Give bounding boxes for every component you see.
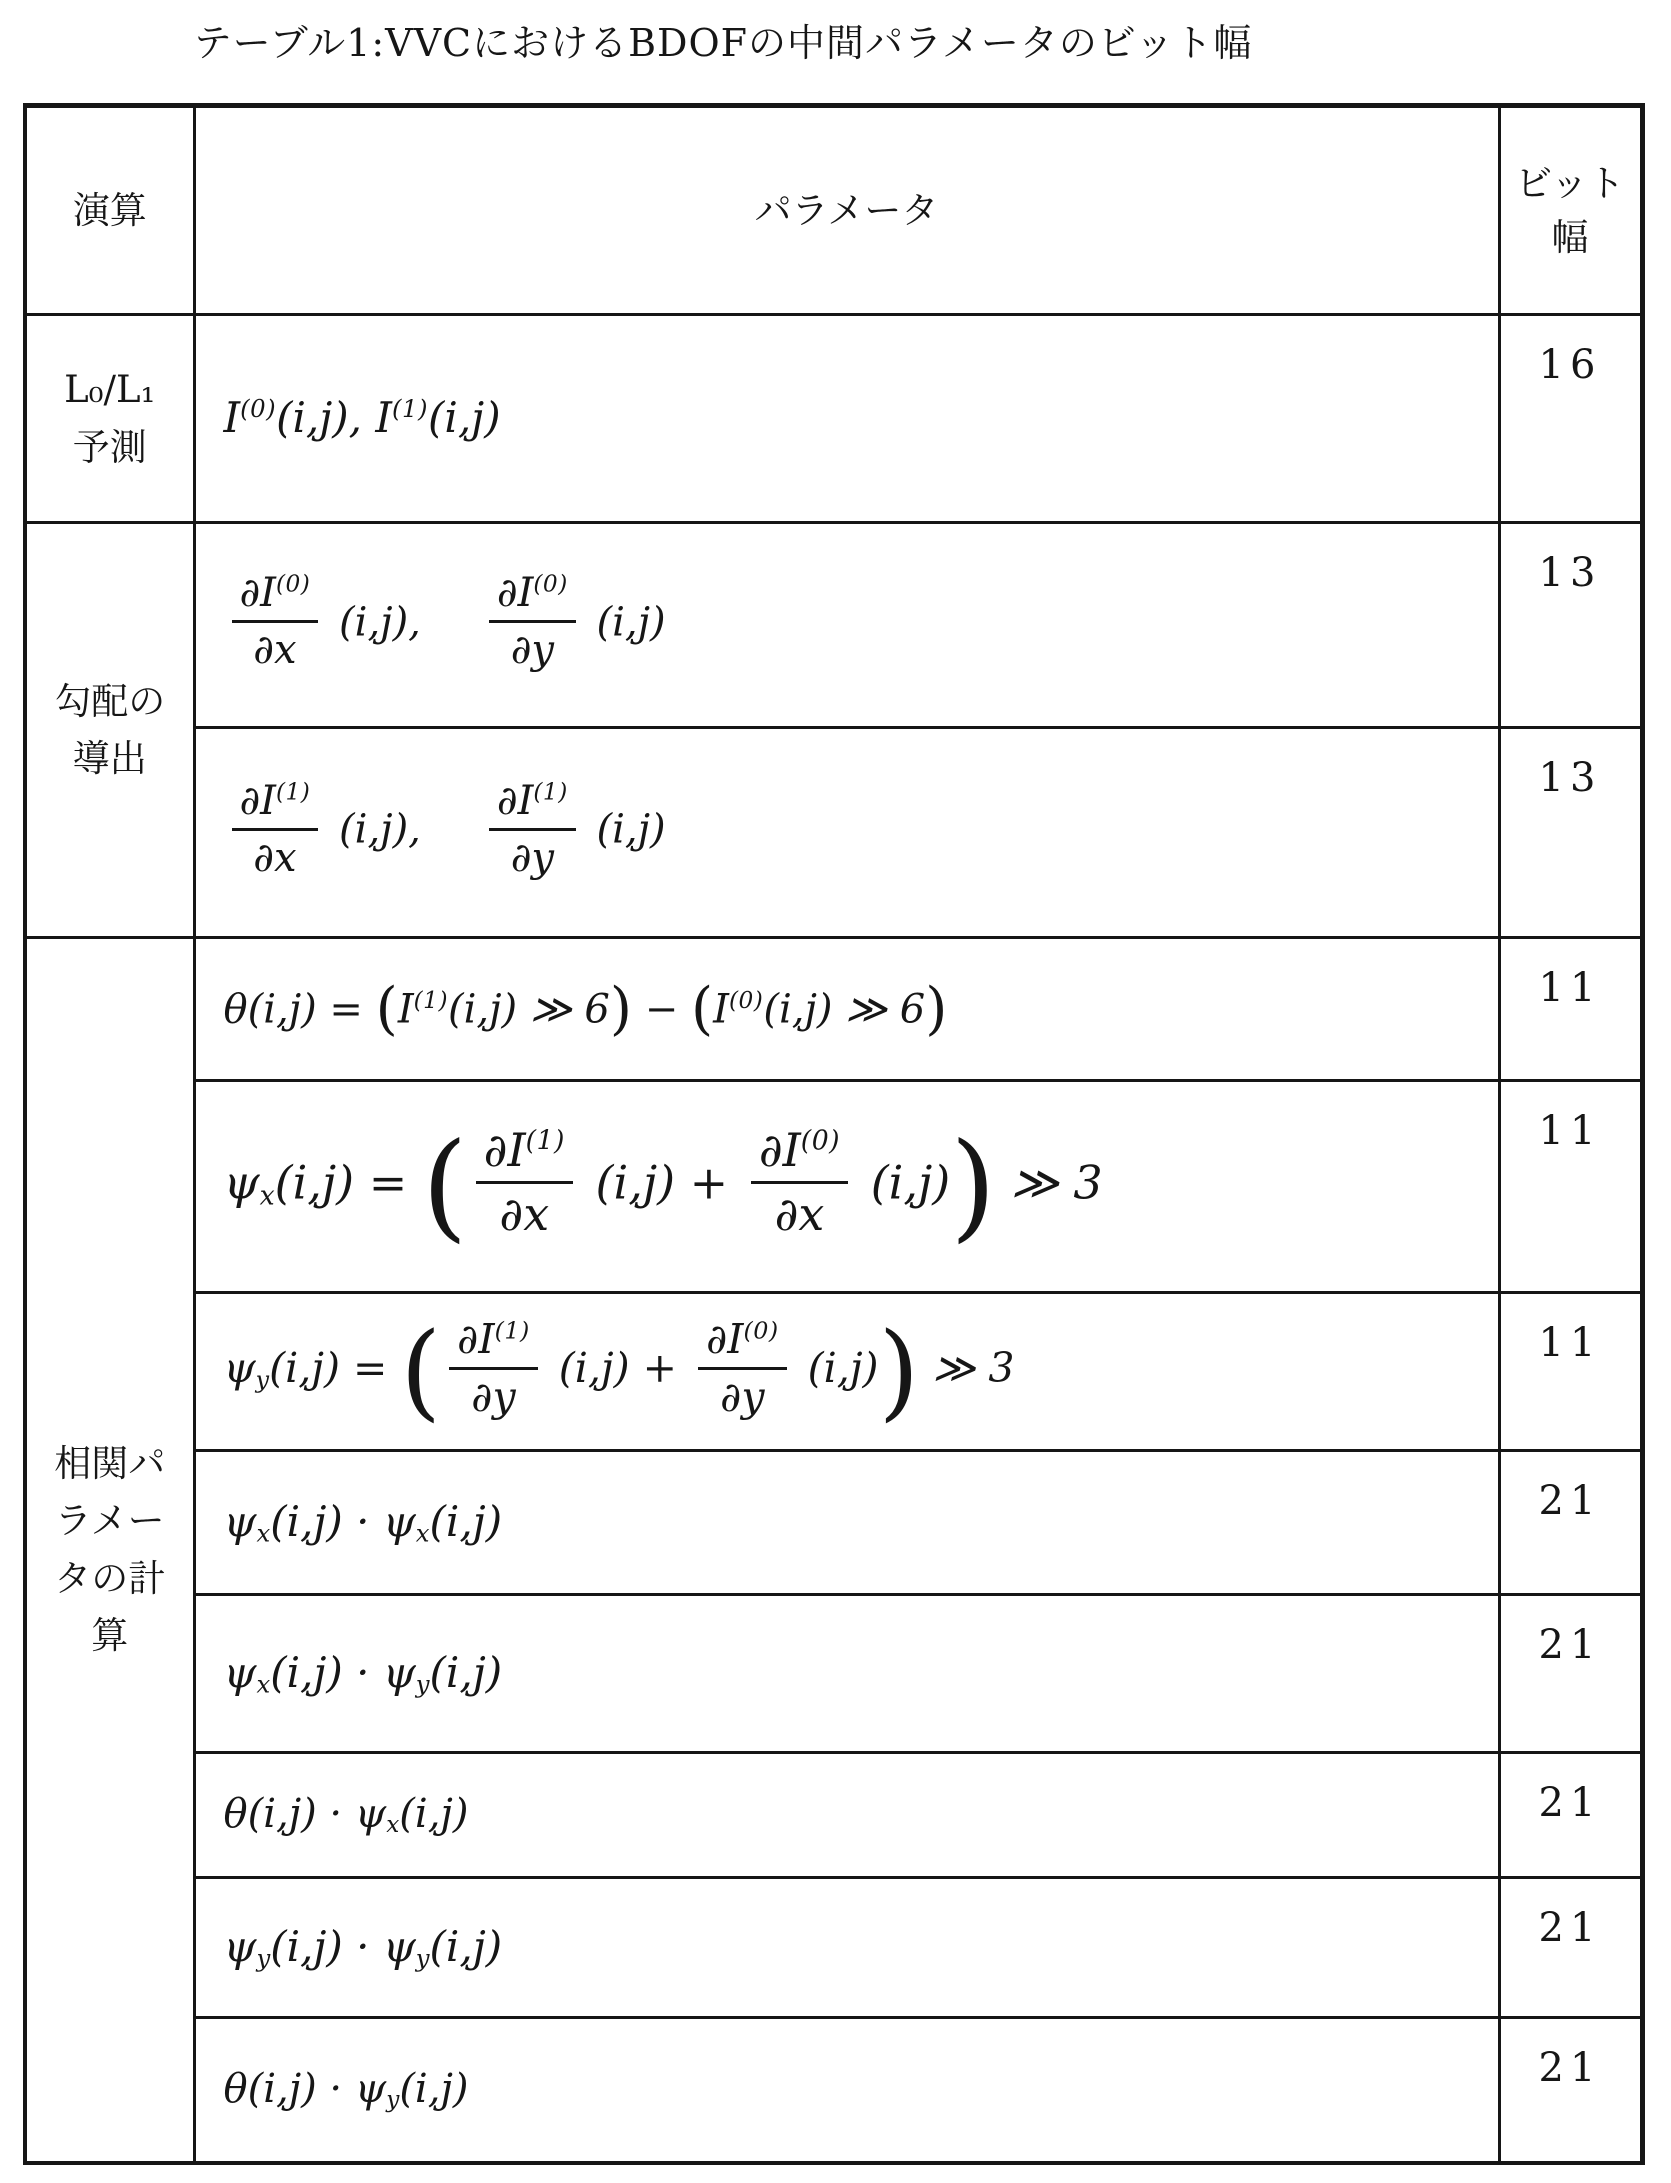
bit-width-cell: 21	[1499, 1753, 1642, 1878]
table-row: θ(i,j) · ψx(i,j) 21	[25, 1753, 1642, 1878]
math-token: (i,j) =	[269, 1344, 400, 1392]
superscript: (1)	[533, 778, 567, 805]
fraction-numerator: ∂I	[759, 1123, 801, 1177]
bit-width-cell: 16	[1499, 315, 1642, 523]
math-token: (	[376, 976, 398, 1042]
bit-width-cell: 11	[1499, 1081, 1642, 1293]
math-token: (i,j)	[430, 1497, 503, 1546]
fraction-denominator: ∂x	[751, 1184, 848, 1241]
operation-cell-gradient-derivation: 勾配の導出	[25, 523, 194, 938]
table-row: ψy(i,j) = (∂I(1)∂y (i,j) + ∂I(0)∂y (i,j)…	[25, 1293, 1642, 1451]
math-token: (	[400, 1310, 441, 1432]
math-token: y	[256, 1943, 270, 1972]
fraction-denominator: ∂x	[232, 831, 319, 881]
fraction-numerator: ∂I	[706, 1315, 743, 1363]
parameter-formula-cell: ψx(i,j) · ψy(i,j)	[194, 1595, 1499, 1753]
parameter-formula-cell: ψx(i,j) · ψx(i,j)	[194, 1451, 1499, 1595]
bit-width-cell: 21	[1499, 1595, 1642, 1753]
math-token: (i,j) =	[275, 1156, 422, 1210]
math-token: (i,j)	[856, 1156, 950, 1210]
math-token: (	[691, 976, 713, 1042]
math-token: ψ	[224, 1156, 260, 1210]
document-page: { "page_title": "テーブル1:VVCにおけるBDOFの中間パラメ…	[0, 0, 1671, 2183]
fraction: ∂I(0)∂y	[698, 1316, 787, 1421]
parameter-formula-cell: I(0)(i,j), I(1)(i,j)	[194, 315, 1499, 523]
math-token: (i,j)	[584, 599, 666, 645]
operation-label-line: 算	[27, 1607, 193, 1664]
operation-label-line: タの計	[27, 1550, 193, 1607]
table-row: θ(i,j) · ψy(i,j) 21	[25, 2018, 1642, 2163]
math-token: (0)	[729, 987, 763, 1014]
math-token: (i,j)	[430, 1922, 503, 1971]
fraction-denominator: ∂y	[489, 623, 576, 673]
math-token: (i,j), I	[276, 393, 392, 442]
fraction-numerator: ∂I	[497, 778, 533, 824]
col-header-bit-width: ビット幅	[1499, 106, 1642, 315]
math-token: (i,j) · ψ	[270, 1922, 416, 1971]
fraction-numerator: ∂I	[240, 778, 276, 824]
fraction: ∂I(0)∂x	[232, 570, 319, 673]
math-token: ψ	[224, 1922, 257, 1971]
superscript: (1)	[276, 778, 310, 805]
fraction-numerator: ∂I	[457, 1315, 494, 1363]
operation-label-line: 相関パ	[27, 1435, 193, 1492]
superscript: (1)	[495, 1316, 530, 1344]
bit-width-cell: 13	[1499, 728, 1642, 938]
superscript: (0)	[801, 1126, 840, 1157]
operation-cell-correlation-parameter-calculation: 相関パラメータの計算	[25, 938, 194, 2163]
operation-label-line: 勾配の	[27, 673, 193, 730]
math-token: )	[950, 1117, 996, 1254]
fraction-numerator: ∂I	[497, 570, 533, 616]
header-row: 演算 パラメータ ビット幅	[25, 106, 1642, 315]
math-token: y	[386, 2086, 399, 2113]
math-token: x	[256, 1669, 270, 1698]
parameter-formula-cell: θ(i,j) · ψx(i,j)	[194, 1753, 1499, 1878]
math-token: (i,j),	[326, 599, 481, 645]
math-token: (i,j)	[428, 393, 501, 442]
math-token: (1)	[414, 987, 448, 1014]
math-token: I	[398, 986, 414, 1032]
table-row: ψx(i,j) · ψx(i,j) 21	[25, 1451, 1642, 1595]
parameter-formula-cell: ∂I(0)∂x (i,j), ∂I(0)∂y (i,j)	[194, 523, 1499, 728]
superscript: (1)	[526, 1126, 565, 1157]
fraction: ∂I(1)∂x	[476, 1124, 573, 1241]
superscript: (0)	[533, 571, 567, 598]
fraction: ∂I(1)∂x	[232, 778, 319, 881]
operation-label-line: ラメー	[27, 1492, 193, 1549]
math-token: (i,j) ≫ 6	[763, 986, 925, 1032]
fraction-denominator: ∂y	[449, 1370, 538, 1421]
fraction: ∂I(0)∂x	[751, 1124, 848, 1241]
math-token: (i,j) ≫ 6	[448, 986, 610, 1032]
math-token: (1)	[392, 394, 428, 423]
math-token: (	[422, 1117, 468, 1254]
col-header-operation: 演算	[25, 106, 194, 315]
fraction-denominator: ∂x	[476, 1184, 573, 1241]
parameter-formula-cell: θ(i,j) · ψy(i,j)	[194, 2018, 1499, 2163]
math-token: (i,j)	[399, 2066, 468, 2112]
superscript: (0)	[276, 571, 310, 598]
fraction-denominator: ∂x	[232, 623, 319, 673]
parameter-formula-cell: ψy(i,j) = (∂I(1)∂y (i,j) + ∂I(0)∂y (i,j)…	[194, 1293, 1499, 1451]
math-token: y	[256, 1365, 269, 1393]
math-token: (i,j)	[795, 1344, 879, 1392]
math-token: ψ	[224, 1648, 257, 1697]
operation-cell-l0l1-prediction: L₀/L₁予測	[25, 315, 194, 523]
operation-label-line: L₀/L₁	[27, 361, 193, 418]
math-token: x	[386, 1811, 399, 1838]
table-row: ∂I(1)∂x (i,j), ∂I(1)∂y (i,j) 13	[25, 728, 1642, 938]
operation-label-line: 導出	[27, 730, 193, 787]
math-token: x	[256, 1518, 270, 1547]
operation-label-line: 予測	[27, 419, 193, 476]
math-token: x	[260, 1180, 275, 1211]
math-token: (i,j),	[326, 807, 481, 853]
table-row: 勾配の導出 ∂I(0)∂x (i,j), ∂I(0)∂y (i,j) 13	[25, 523, 1642, 728]
fraction: ∂I(1)∂y	[489, 778, 576, 881]
math-token: −	[632, 986, 691, 1032]
math-token: (i,j)	[399, 1791, 468, 1837]
math-token: ψ	[224, 1497, 257, 1546]
table-row: L₀/L₁予測 I(0)(i,j), I(1)(i,j) 16	[25, 315, 1642, 523]
table-row: ψx(i,j) · ψy(i,j) 21	[25, 1595, 1642, 1753]
math-token: I	[713, 986, 729, 1032]
fraction-denominator: ∂y	[489, 831, 576, 881]
fraction: ∂I(0)∂y	[489, 570, 576, 673]
table-row: ψy(i,j) · ψy(i,j) 21	[25, 1878, 1642, 2018]
parameter-formula-cell: θ(i,j) = (I(1)(i,j) ≫ 6) − (I(0)(i,j) ≫ …	[194, 938, 1499, 1081]
math-token: x	[416, 1518, 430, 1547]
table-row: ψx(i,j) = (∂I(1)∂x (i,j) + ∂I(0)∂x (i,j)…	[25, 1081, 1642, 1293]
parameter-formula-cell: ∂I(1)∂x (i,j), ∂I(1)∂y (i,j)	[194, 728, 1499, 938]
bdof-parameter-table: 演算 パラメータ ビット幅 L₀/L₁予測 I(0)(i,j), I(1)(i,…	[23, 103, 1645, 2165]
math-token: (i,j)	[584, 807, 666, 853]
fraction-numerator: ∂I	[240, 570, 276, 616]
bit-width-cell: 13	[1499, 523, 1642, 728]
table-caption: テーブル1:VVCにおけるBDOFの中間パラメータのビット幅	[0, 12, 1671, 67]
table-row: 相関パラメータの計算 θ(i,j) = (I(1)(i,j) ≫ 6) − (I…	[25, 938, 1642, 1081]
math-token: ψ	[224, 1344, 256, 1392]
math-token: )	[879, 1310, 920, 1432]
math-token: (i,j) · ψ	[270, 1648, 416, 1697]
math-token: (0)	[240, 394, 276, 423]
bit-width-cell: 21	[1499, 1451, 1642, 1595]
math-token: y	[416, 1669, 430, 1698]
math-token: θ(i,j) =	[224, 986, 376, 1032]
col-header-parameter: パラメータ	[194, 106, 1499, 315]
math-token: (i,j) +	[581, 1156, 743, 1210]
bit-width-cell: 11	[1499, 938, 1642, 1081]
parameter-formula-cell: ψx(i,j) = (∂I(1)∂x (i,j) + ∂I(0)∂x (i,j)…	[194, 1081, 1499, 1293]
math-token: )	[925, 976, 947, 1042]
superscript: (0)	[743, 1316, 778, 1344]
math-token: (i,j) +	[546, 1344, 690, 1392]
math-token: ≫ 3	[919, 1344, 1014, 1392]
fraction-numerator: ∂I	[484, 1123, 526, 1177]
math-token: (i,j) · ψ	[270, 1497, 416, 1546]
bit-width-cell: 21	[1499, 1878, 1642, 2018]
math-token: ≫ 3	[996, 1156, 1103, 1210]
parameter-formula-cell: ψy(i,j) · ψy(i,j)	[194, 1878, 1499, 2018]
fraction: ∂I(1)∂y	[449, 1316, 538, 1421]
bit-width-cell: 21	[1499, 2018, 1642, 2163]
math-token: I	[224, 393, 241, 442]
fraction-denominator: ∂y	[698, 1370, 787, 1421]
math-token: y	[416, 1943, 430, 1972]
math-token: θ(i,j) · ψ	[224, 1791, 387, 1837]
bit-width-cell: 11	[1499, 1293, 1642, 1451]
math-token: )	[610, 976, 632, 1042]
math-token: θ(i,j) · ψ	[224, 2066, 387, 2112]
math-token: (i,j)	[430, 1648, 503, 1697]
